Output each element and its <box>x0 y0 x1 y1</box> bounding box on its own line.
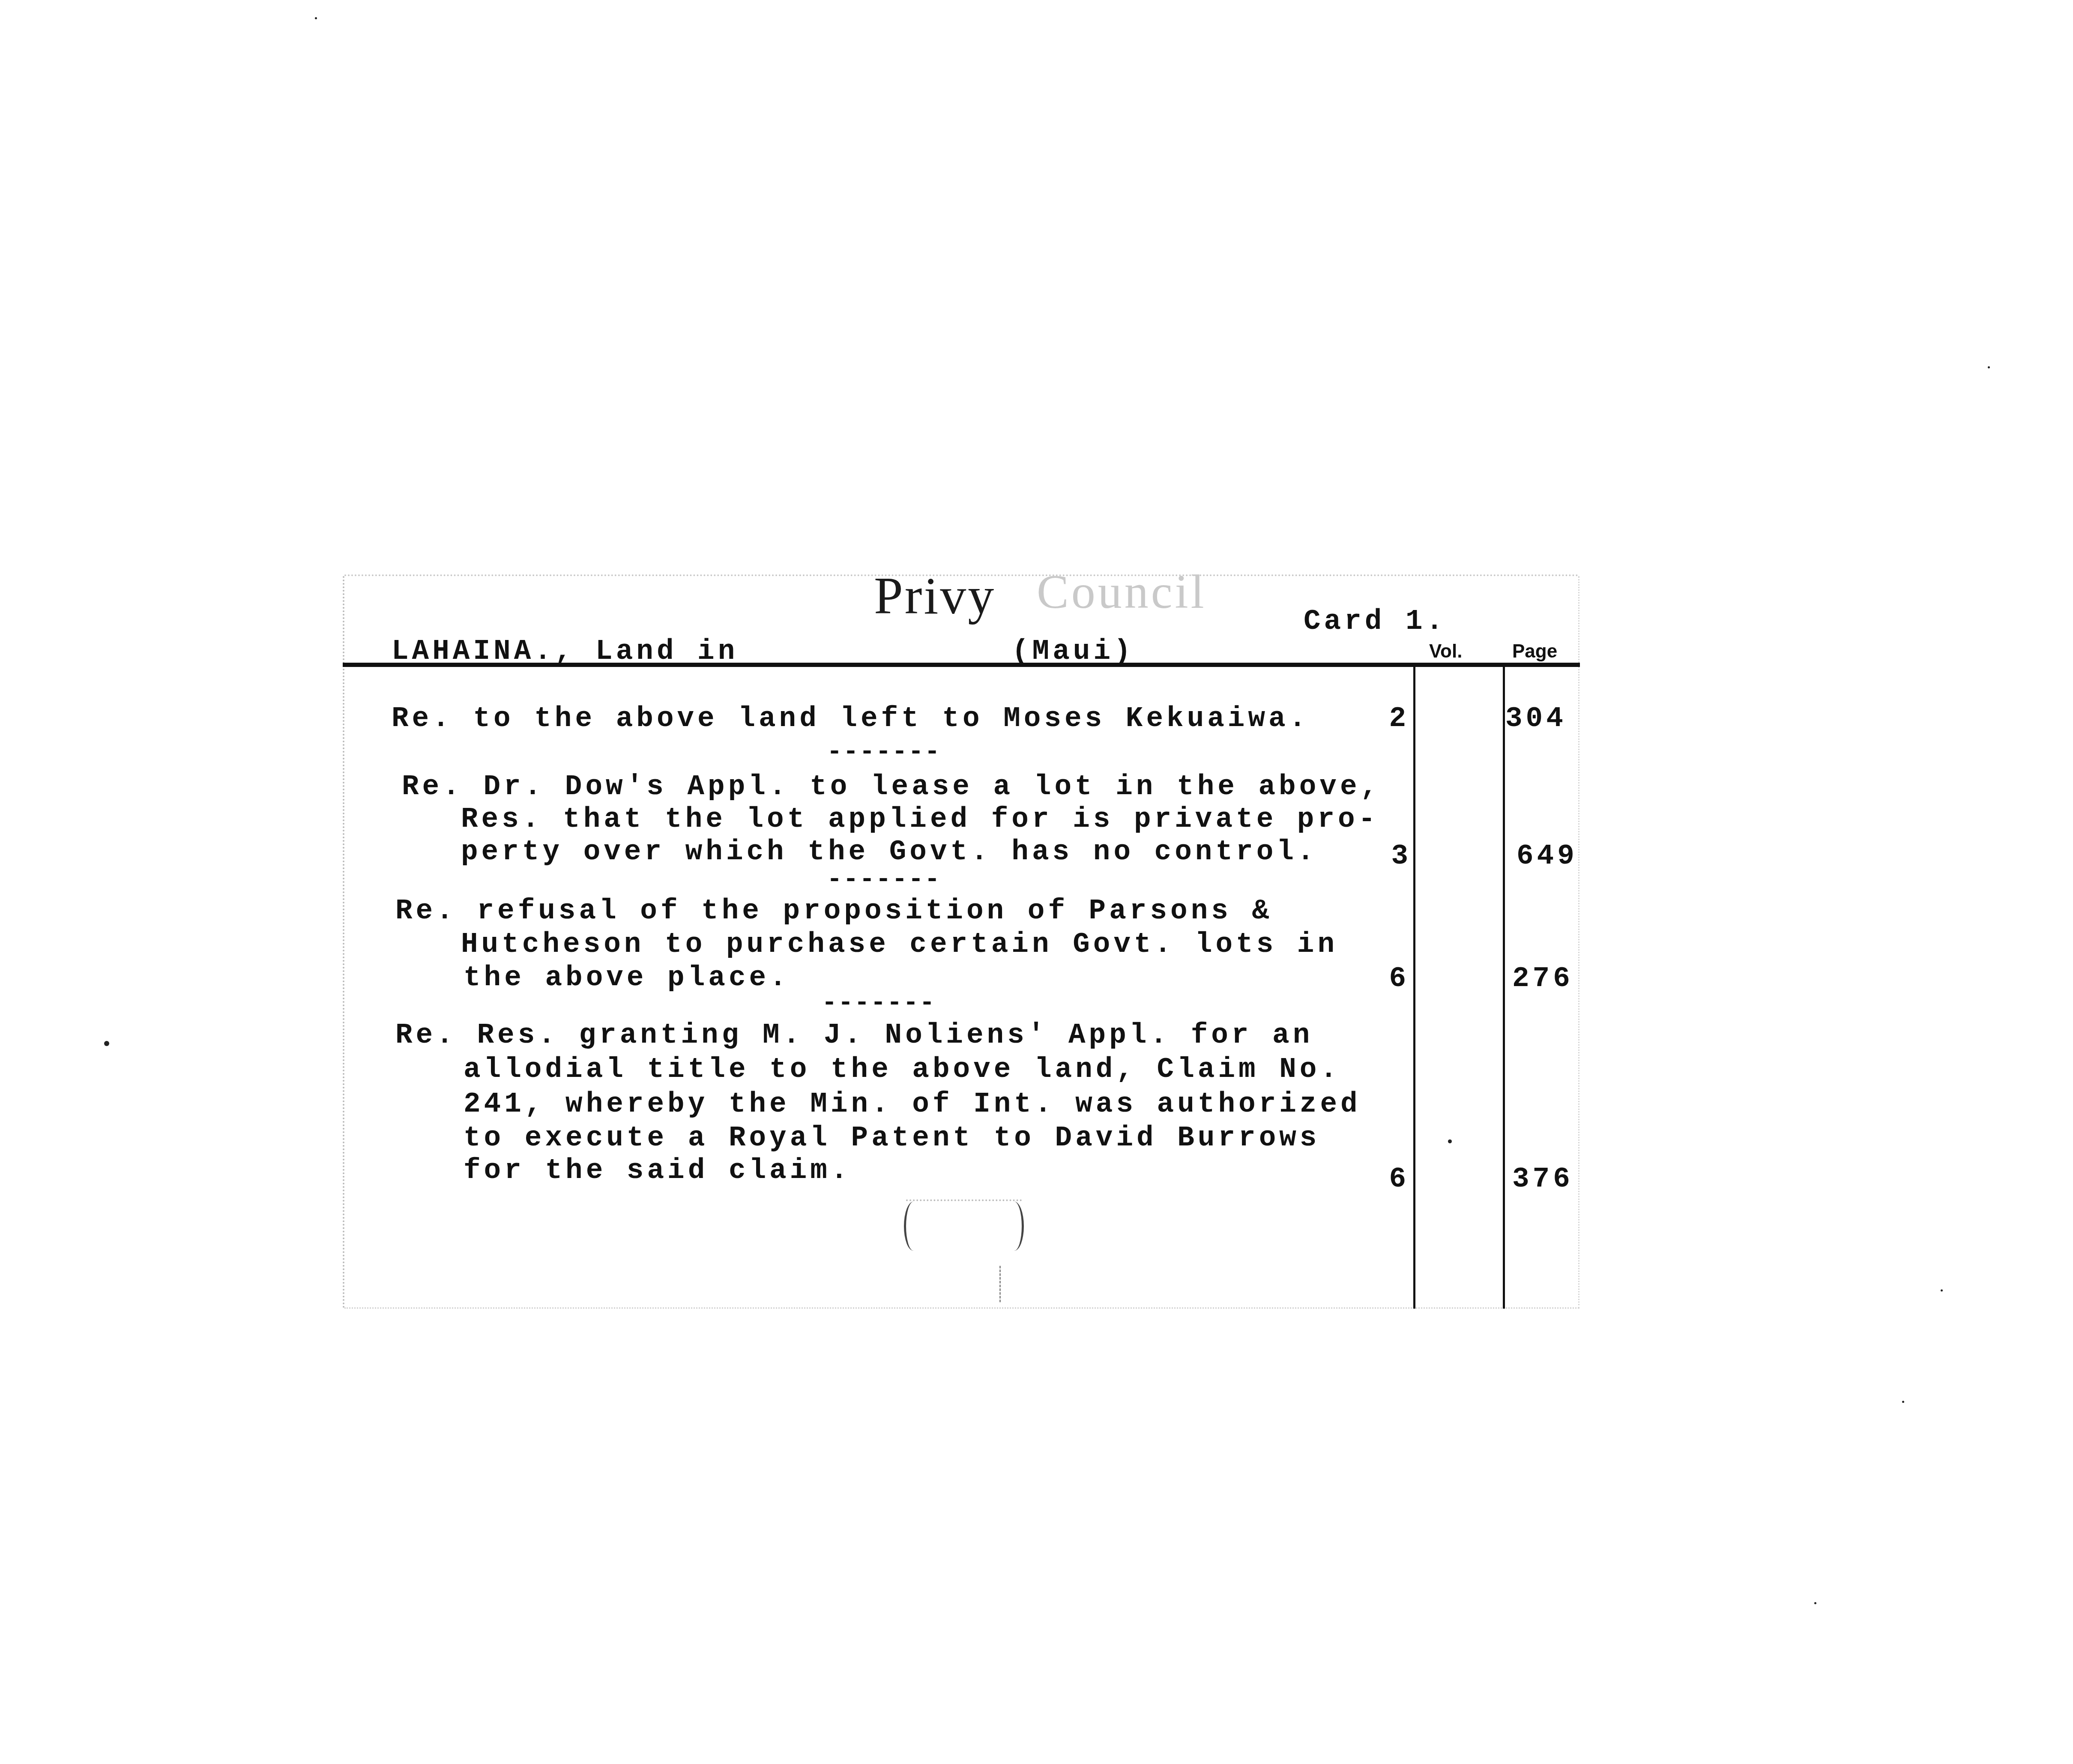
card-number: Card 1. <box>1304 607 1446 636</box>
card-edge-left <box>343 576 344 1309</box>
entry-4-line-3: 241, whereby the Min. of Int. was author… <box>464 1090 1361 1118</box>
entry-2-page: 649 <box>1517 842 1578 870</box>
entry-2-line-3: perty over which the Govt. has no contro… <box>461 838 1317 866</box>
entry-4-page: 376 <box>1512 1165 1573 1193</box>
card-edge-right <box>1578 576 1579 1309</box>
entry-4-line-5: for the said claim. <box>464 1157 851 1185</box>
entry-2-line-1: Re. Dr. Dow's Appl. to lease a lot in th… <box>402 773 1381 801</box>
entry-3-line-1: Re. refusal of the proposition of Parson… <box>395 897 1272 925</box>
entry-1-vol: 2 <box>1371 705 1409 733</box>
entry-3-line-2: Hutcheson to purchase certain Govt. lots… <box>461 930 1338 959</box>
punch-hole-left-edge <box>904 1202 923 1251</box>
entry-3-page: 276 <box>1512 965 1573 993</box>
page-column-rule <box>1503 667 1505 1309</box>
card-edge-bottom <box>344 1307 1579 1309</box>
column-header-page: Page <box>1512 641 1557 662</box>
speck <box>1814 1602 1816 1604</box>
speck <box>104 1041 109 1046</box>
vol-column-rule <box>1413 667 1415 1309</box>
entry-4-line-2: allodial title to the above land, Claim … <box>464 1055 1340 1084</box>
entry-2-vol: 3 <box>1371 842 1412 870</box>
stamp-privy: Privy <box>874 566 996 626</box>
speck <box>315 17 317 19</box>
separator-2: ------- <box>827 865 941 894</box>
speck <box>1902 1401 1904 1403</box>
entry-1-line-1: Re. to the above land left to Moses Keku… <box>392 705 1309 733</box>
separator-3: ------- <box>822 989 936 1018</box>
column-header-vol: Vol. <box>1429 641 1462 662</box>
entry-3-line-3: the above place. <box>464 964 790 992</box>
separator-1: ------- <box>827 738 941 767</box>
entry-2-line-2: Res. that the lot applied for is private… <box>461 805 1379 834</box>
entry-4-vol: 6 <box>1371 1165 1409 1193</box>
heading-place: LAHAINA., Land in <box>392 637 738 666</box>
speck <box>1941 1289 1943 1292</box>
entry-3-vol: 6 <box>1371 965 1409 993</box>
heading-island: (Maui) <box>1012 637 1134 666</box>
speck <box>1448 1139 1452 1143</box>
punch-hole-stem <box>999 1266 1002 1302</box>
punch-hole-top <box>906 1199 1022 1201</box>
entry-4-line-4: to execute a Royal Patent to David Burro… <box>464 1124 1320 1152</box>
stamp-council: Council <box>1037 565 1207 620</box>
entry-4-line-1: Re. Res. granting M. J. Noliens' Appl. f… <box>395 1021 1313 1049</box>
header-rule <box>343 663 1580 667</box>
speck <box>1988 366 1990 368</box>
entry-1-page: 304 <box>1505 705 1567 733</box>
punch-hole-right-edge <box>1005 1202 1024 1251</box>
